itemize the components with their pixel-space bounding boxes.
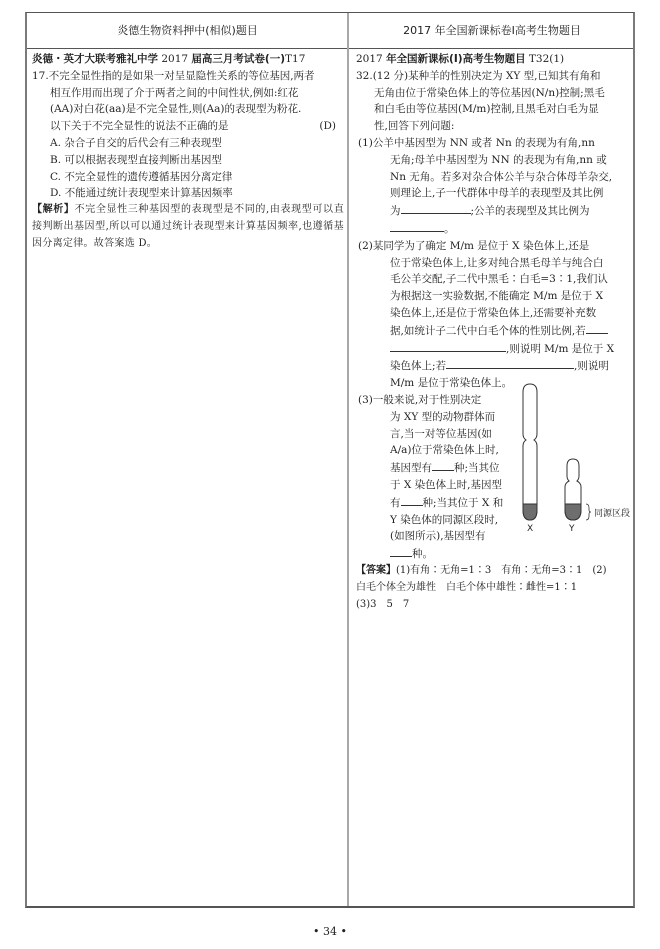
question-number: 17.	[32, 70, 49, 82]
question-line: 性,回答下列问题:	[356, 118, 632, 135]
part-line: 。	[444, 223, 455, 235]
right-source-line: 2017 年全国新课标(Ⅰ)高考生物题目 T32(1)	[356, 51, 632, 68]
part-line: 一般来说,对于性别决定	[373, 394, 481, 406]
question-line: 和白毛由等位基因(M/m)控制,且黑毛对白毛为显	[356, 101, 632, 118]
part-line: 于 X 染色体上时,基因型	[356, 477, 526, 494]
part-line: Nn 无角。若多对杂合体公羊与杂合体母羊杂交,	[356, 169, 632, 186]
part-line: ,则说明	[574, 360, 609, 372]
answer-mark: (D)	[319, 118, 336, 135]
part-label: (3)	[358, 394, 373, 406]
part-2: (2)某同学为了确定 M/m 是位于 X 染色体上,还是 位于常染色体上,让多对…	[356, 238, 632, 392]
part-line: 为	[390, 205, 401, 217]
part-line: 种;当其位于 X 和	[423, 497, 504, 509]
part-line: 染色体上;若	[390, 360, 446, 372]
part-line: 位于常染色体上,让多对纯合黑毛母羊与纯合白	[356, 255, 632, 272]
answer-blank[interactable]	[586, 322, 608, 334]
part-label: (1)	[358, 137, 373, 149]
question-32: 32.(12 分)某种羊的性别决定为 XY 型,已知其有角和 无角由位于常染色体…	[356, 68, 632, 135]
x-chromosome-label: X	[527, 524, 533, 534]
part-line: 种。	[412, 548, 433, 560]
option-d: D. 不能通过统计表现型来计算基因频率	[32, 185, 344, 202]
question-line: 不完全显性指的是如果一对呈显隐性关系的等位基因,两者	[49, 70, 315, 82]
part-line: 据,如统计子二代中白毛个体的性别比例,若	[390, 325, 586, 337]
part-line: 言,当一对等位基因(如	[356, 426, 526, 443]
option-a: A. 杂合子自交的后代会有三种表现型	[32, 135, 344, 152]
answer-line: (3)3 5 7	[356, 597, 632, 614]
analysis-text: 不完全显性三种基因型的表现型是不同的,由表现型可以直接判断出基因型,所以可以通过…	[32, 204, 344, 249]
source-school: 炎德・英才大联考雅礼中学	[32, 53, 158, 65]
part-line: 基因型有	[390, 462, 432, 474]
answer-blank[interactable]	[390, 220, 444, 232]
header-left-title: 炎德生物资料押中(相似)题目	[27, 13, 348, 48]
option-b: B. 可以根据表现型直接判断出基因型	[32, 152, 344, 169]
page-number: • 34 •	[0, 925, 660, 938]
y-chromosome-label: Y	[569, 524, 575, 534]
part-line: ;公羊的表现型及其比例为	[471, 205, 590, 217]
part-line: Y 染色体的同源区段时,	[356, 512, 526, 529]
part-line: 有	[390, 497, 401, 509]
table-header: 炎德生物资料押中(相似)题目 2017 年全国新课标卷Ⅰ高考生物题目	[27, 13, 633, 49]
answer-block: 【答案】(1)有角∶无角=1∶3 有角∶无角=3∶1 (2) 白毛个体全为雄性 …	[356, 563, 632, 613]
source-question-id: T32(1)	[526, 53, 565, 65]
left-column: 炎德・英才大联考雅礼中学 2017 届高三月考试卷(一)T17 17.不完全显性…	[32, 51, 344, 253]
option-c: C. 不完全显性的遗传遵循基因分离定律	[32, 169, 344, 186]
answer-blank[interactable]	[432, 459, 454, 471]
source-exam: 届高三月考试卷(一)	[191, 53, 285, 65]
question-line: (12 分)某种羊的性别决定为 XY 型,已知其有角和	[373, 70, 601, 82]
answer-tag: 【答案】	[356, 565, 396, 576]
part-line: 为根据这一实验数据,不能确定 M/m 是位于 X	[356, 288, 632, 305]
homologous-region-label: 同源区段	[594, 506, 630, 519]
answer-blank[interactable]	[390, 545, 412, 557]
part-line: ,则说明 M/m 是位于 X	[506, 343, 614, 355]
part-line: 毛公羊交配,子二代中黑毛∶白毛=3∶1,我们认	[356, 271, 632, 288]
answer-blank[interactable]	[401, 494, 423, 506]
question-line: (AA)对白花(aa)是不完全显性,则(Aa)的表现型为粉花.	[32, 101, 344, 118]
answer-blank[interactable]	[401, 202, 471, 214]
question-number: 32.	[356, 70, 373, 82]
question-line: 相互作用而出现了介于两者之间的中间性状,例如:红花	[32, 85, 344, 102]
part-label: (2)	[358, 240, 373, 252]
question-17: 17.不完全显性指的是如果一对呈显隐性关系的等位基因,两者 相互作用而出现了介于…	[32, 68, 344, 202]
column-divider	[347, 13, 349, 906]
part-line: 染色体上,还是位于常染色体上,还需要补充数	[356, 305, 632, 322]
source-year: 2017	[158, 53, 191, 65]
header-right-title: 2017 年全国新课标卷Ⅰ高考生物题目	[349, 13, 635, 48]
question-line: 无角由位于常染色体上的等位基因(N/n)控制;黑毛	[356, 85, 632, 102]
analysis-tag: 【解析】	[32, 204, 75, 215]
part-3: (3)一般来说,对于性别决定 为 XY 型的动物群体而 言,当一对等位基因(如 …	[356, 392, 526, 563]
part-line: A/a)位于常染色体上时,	[356, 442, 526, 459]
analysis-block: 【解析】不完全显性三种基因型的表现型是不同的,由表现型可以直接判断出基因型,所以…	[32, 202, 344, 252]
answer-blank[interactable]	[390, 340, 506, 352]
part-line: 种;当其位	[454, 462, 500, 474]
part-1: (1)公羊中基因型为 NN 或者 Nn 的表现为有角,nn 无角;母羊中基因型为…	[356, 135, 632, 238]
part-line: 公羊中基因型为 NN 或者 Nn 的表现为有角,nn	[373, 137, 595, 149]
part-line: (如图所示),基因型有	[356, 528, 526, 545]
answer-blank[interactable]	[446, 357, 574, 369]
left-source-line: 炎德・英才大联考雅礼中学 2017 届高三月考试卷(一)T17	[32, 51, 344, 68]
question-line: 以下关于不完全显性的说法不正确的是	[50, 120, 229, 132]
answer-line: 白毛个体全为雄性 白毛个体中雄性∶雌性=1∶1	[356, 580, 632, 597]
answer-line: (1)有角∶无角=1∶3 有角∶无角=3∶1 (2)	[396, 565, 607, 576]
part-line: 某同学为了确定 M/m 是位于 X 染色体上,还是	[373, 240, 589, 252]
chromosome-figure: X Y 同源区段	[508, 380, 648, 540]
part-line: 无角;母羊中基因型为 NN 的表现为有角,nn 或	[356, 152, 632, 169]
source-exam: 年全国新课标(Ⅰ)高考生物题目	[386, 53, 526, 65]
part-line: 则理论上,子一代群体中母羊的表现型及其比例	[356, 185, 632, 202]
part-line: 为 XY 型的动物群体而	[356, 409, 526, 426]
source-year: 2017	[356, 53, 386, 65]
source-question-id: T17	[285, 53, 305, 65]
